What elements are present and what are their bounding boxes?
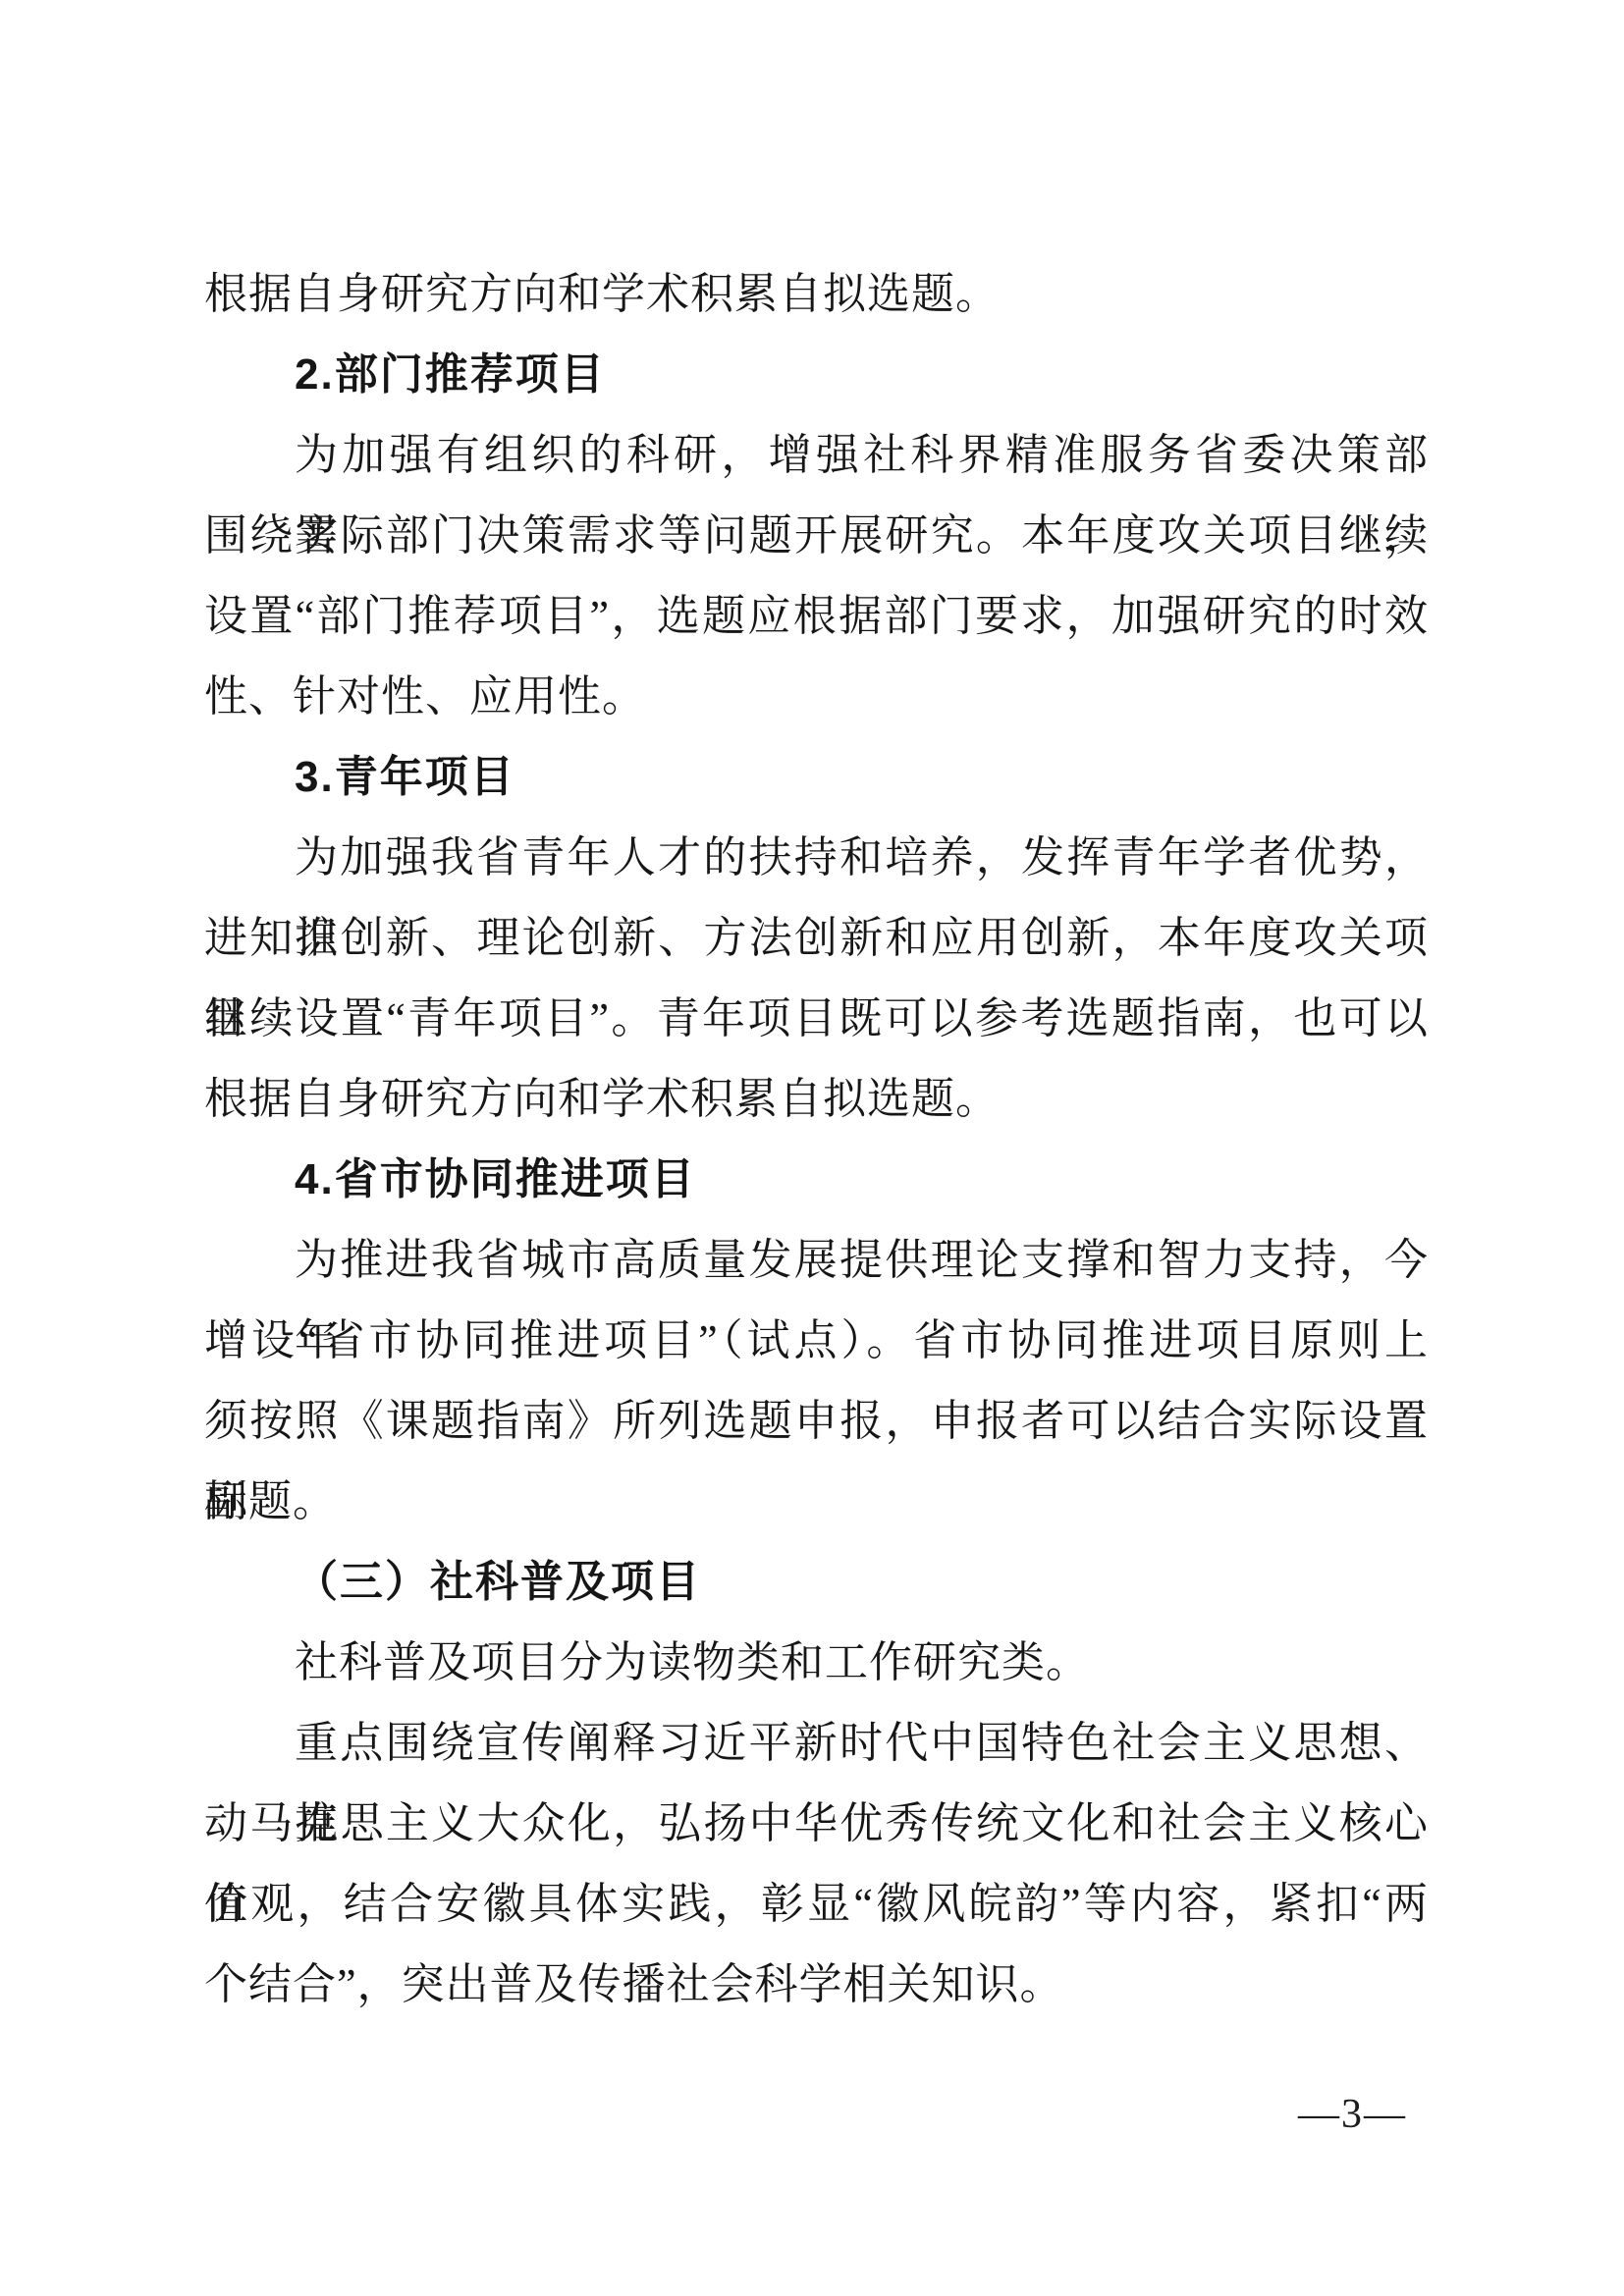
- section-heading: 3.青年项目: [204, 737, 1429, 818]
- text-line: 围绕实际部门决策需求等问题开展研究。本年度攻关项目继续: [204, 496, 1429, 576]
- document-page: 根据自身研究方向和学术积累自拟选题。2.部门推荐项目为加强有组织的科研，增强社科…: [0, 0, 1624, 2296]
- text-line: 重点围绕宣传阐释习近平新时代中国特色社会主义思想、推: [204, 1703, 1429, 1784]
- text-line: 根据自身研究方向和学术积累自拟选题。: [204, 1059, 1429, 1140]
- section-heading: （三）社科普及项目: [204, 1542, 1429, 1623]
- text-line: 社科普及项目分为读物类和工作研究类。: [204, 1623, 1429, 1703]
- text-line: 进知识创新、理论创新、方法创新和应用创新，本年度攻关项目: [204, 898, 1429, 979]
- text-block: 根据自身研究方向和学术积累自拟选题。2.部门推荐项目为加强有组织的科研，增强社科…: [204, 254, 1429, 2025]
- text-line: 设置“部门推荐项目”，选题应根据部门要求，加强研究的时效: [204, 576, 1429, 657]
- text-line: 根据自身研究方向和学术积累自拟选题。: [204, 254, 1429, 335]
- section-heading: 4.省市协同推进项目: [204, 1140, 1429, 1220]
- text-line: 须按照《课题指南》所列选题申报，申报者可以结合实际设置副: [204, 1381, 1429, 1462]
- text-line: 继续设置“青年项目”。青年项目既可以参考选题指南，也可以: [204, 979, 1429, 1059]
- text-line: 性、针对性、应用性。: [204, 657, 1429, 737]
- text-line: 为加强我省青年人才的扶持和培养，发挥青年学者优势，推: [204, 818, 1429, 898]
- text-line: 为加强有组织的科研，增强社科界精准服务省委决策部署，: [204, 415, 1429, 496]
- text-line: 个结合”，突出普及传播社会科学相关知识。: [204, 1945, 1429, 2025]
- text-line: 标题。: [204, 1462, 1429, 1542]
- text-line: 值观，结合安徽具体实践，彰显“徽风皖韵”等内容，紧扣“两: [204, 1864, 1429, 1945]
- text-line: 增设“省市协同推进项目”（试点）。省市协同推进项目原则上: [204, 1301, 1429, 1381]
- page-number: —3—: [1298, 2089, 1407, 2140]
- text-line: 为推进我省城市高质量发展提供理论支撑和智力支持，今年: [204, 1220, 1429, 1301]
- section-heading: 2.部门推荐项目: [204, 335, 1429, 415]
- text-line: 动马克思主义大众化，弘扬中华优秀传统文化和社会主义核心价: [204, 1784, 1429, 1864]
